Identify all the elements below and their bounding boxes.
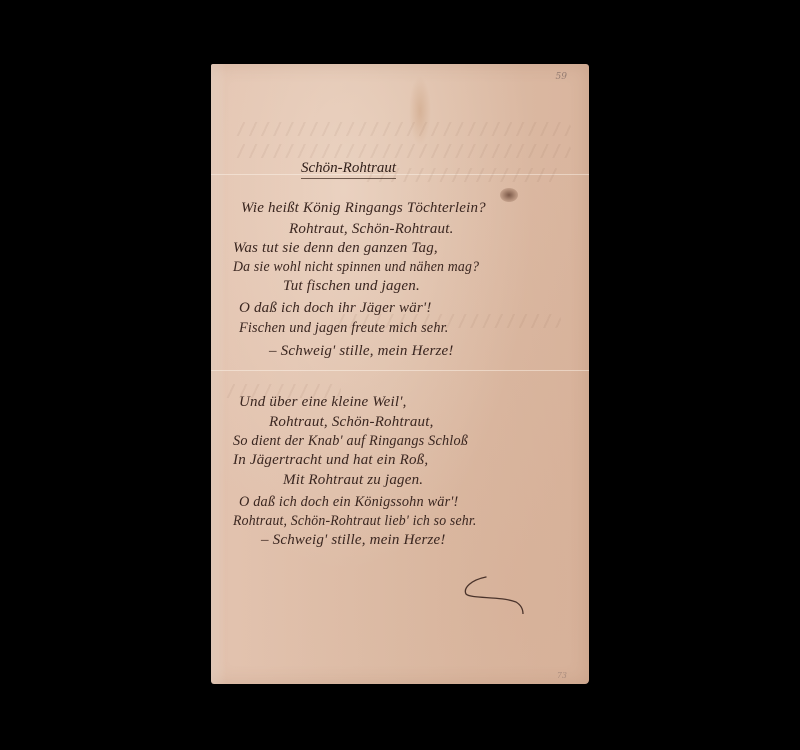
poem-line: Rohtraut, Schön-Rohtraut lieb' ich so se… (233, 513, 477, 530)
page-number: 59 (556, 72, 567, 82)
corner-mark: 73 (557, 671, 567, 680)
poem-line: Und über eine kleine Weil', (239, 394, 407, 411)
poem-title: Schön-Rohtraut (301, 160, 396, 179)
fold-line (211, 370, 589, 371)
signature-flourish-icon (461, 574, 531, 614)
poem-line: In Jägertracht und hat ein Roß, (233, 452, 428, 469)
manuscript-page: 59 Schön-Rohtraut Wie heißt König Ringan… (211, 64, 589, 684)
bleed-through-text (231, 144, 571, 158)
poem-line: Wie heißt König Ringangs Töchterlein? (241, 200, 486, 217)
poem-line: Da sie wohl nicht spinnen und nähen mag? (233, 259, 479, 276)
bleed-through-text (231, 122, 571, 136)
poem-line: Mit Rohtraut zu jagen. (283, 472, 423, 489)
poem-line: So dient der Knab' auf Ringangs Schloß (233, 433, 468, 450)
poem-line: Tut fischen und jagen. (283, 278, 420, 295)
poem-line: O daß ich doch ein Königssohn wär'! (239, 494, 458, 511)
paper-stain (409, 76, 431, 146)
scan-background: 59 Schön-Rohtraut Wie heißt König Ringan… (0, 0, 800, 750)
poem-line: Rohtraut, Schön-Rohtraut. (289, 221, 454, 238)
poem-line: – Schweig' stille, mein Herze! (261, 532, 446, 549)
poem-line: Was tut sie denn den ganzen Tag, (233, 240, 438, 257)
ink-stain (500, 188, 518, 202)
poem-line: – Schweig' stille, mein Herze! (269, 343, 454, 360)
poem-line: Rohtraut, Schön-Rohtraut, (269, 414, 434, 431)
poem-line: O daß ich doch ihr Jäger wär'! (239, 300, 432, 317)
poem-line: Fischen und jagen freute mich sehr. (239, 320, 449, 337)
